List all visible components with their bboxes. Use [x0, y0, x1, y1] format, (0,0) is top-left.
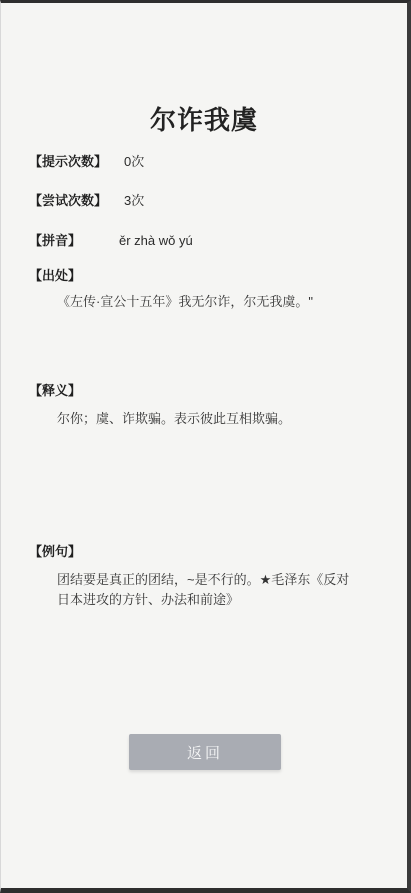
source-section-label: 【出处】 [29, 266, 81, 286]
idiom-detail-screen: 尔诈我虞 【提示次数】 0次 【尝试次数】 3次 【拼音】 ěr zhà wǒ … [0, 0, 411, 893]
meaning-section-content: 尔你；虞、诈欺骗。表示彼此互相欺骗。 [57, 409, 353, 429]
pinyin-row: 【拼音】 ěr zhà wǒ yú [29, 231, 193, 251]
source-section-content: 《左传·宣公十五年》我无尔诈，尔无我虞。" [57, 292, 353, 312]
hint-count-row: 【提示次数】 0次 [29, 152, 144, 172]
attempt-count-row: 【尝试次数】 3次 [29, 191, 144, 211]
attempt-count-value: 3次 [124, 191, 144, 211]
back-button[interactable]: 返回 [129, 734, 281, 770]
hint-count-label: 【提示次数】 [29, 152, 124, 172]
meaning-section-label: 【释义】 [29, 381, 81, 401]
attempt-count-label: 【尝试次数】 [29, 191, 124, 211]
idiom-title: 尔诈我虞 [1, 103, 407, 137]
example-section-content: 团结要是真正的团结，~是不行的。★毛泽东《反对日本进攻的方针、办法和前途》 [57, 570, 353, 610]
hint-count-value: 0次 [124, 152, 144, 172]
pinyin-value: ěr zhà wǒ yú [119, 231, 193, 251]
example-section-label: 【例句】 [29, 542, 81, 562]
pinyin-label: 【拼音】 [29, 231, 119, 251]
